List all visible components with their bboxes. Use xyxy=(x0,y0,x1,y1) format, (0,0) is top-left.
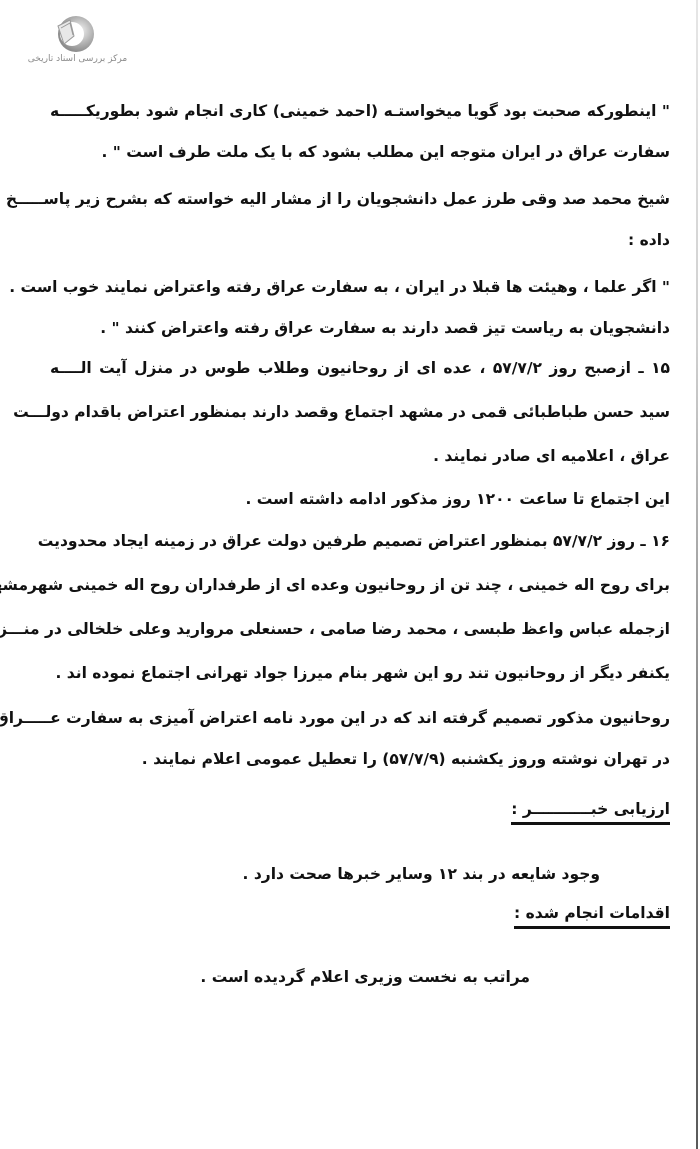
text-line: داده : xyxy=(628,231,670,249)
archive-logo: مرکز بررسی اسناد تاریخی xyxy=(20,14,135,70)
text-line: " اینطورکه صحبت بود گویا میخواستـه (احمد… xyxy=(50,102,670,120)
text-line: دانشجویان به ریاست تیز قصد دارند به سفار… xyxy=(100,319,670,337)
assessment-heading: ارزیابی خبـــــــــــر : xyxy=(511,800,670,825)
text-line: عراق ، اعلامیه ای صادر نمایند . xyxy=(433,447,670,465)
document-page: مرکز بررسی اسناد تاریخی " اینطورکه صحبت … xyxy=(0,0,700,1149)
text-line: ازجمله عباس واعظ طبسی ، محمد رضا صامی ، … xyxy=(50,620,670,638)
text-line: ۱۶ ـ روز ۵۷/۷/۲ بمنظور اعتراض تصمیم طرفی… xyxy=(50,532,670,550)
text-line: " اگر علما ، وهیئت ها قبلا در ایران ، به… xyxy=(9,278,670,296)
actions-heading: اقدامات انجام شده : xyxy=(514,904,670,929)
text-line: در تهران نوشته وروز یکشنبه (۵۷/۷/۹) را ت… xyxy=(142,750,670,768)
text-line: برای روح اله خمینی ، چند تن از روحانیون … xyxy=(50,576,670,594)
text-line: شیخ محمد صد وقی طرز عمل دانشجویان را از … xyxy=(50,190,670,208)
text-line: این اجتماع تا ساعت ۱۲۰۰ روز مذکور ادامه … xyxy=(245,490,670,508)
text-line: ۱۵ ـ ازصبح روز ۵۷/۷/۲ ، عده ای از روحانی… xyxy=(50,359,670,377)
text-line: سید حسن طباطبائی قمی در مشهد اجتماع وقصد… xyxy=(50,403,670,421)
document-archive-logo-icon xyxy=(52,14,96,54)
page-edge-line xyxy=(696,0,698,1149)
assessment-text: وجود شایعه در بند ۱۲ وسایر خبرها صحت دار… xyxy=(243,865,600,883)
text-line: روحانیون مذکور تصمیم گرفته اند که در این… xyxy=(50,709,670,727)
archive-logo-text: مرکز بررسی اسناد تاریخی xyxy=(20,54,135,64)
actions-text: مراتب به نخست وزیری اعلام گردیده است . xyxy=(200,968,530,986)
text-line: سفارت عراق در ایران متوجه این مطلب بشود … xyxy=(102,143,671,161)
text-line: یکنفر دیگر از روحانیون تند رو این شهر بن… xyxy=(56,664,670,682)
